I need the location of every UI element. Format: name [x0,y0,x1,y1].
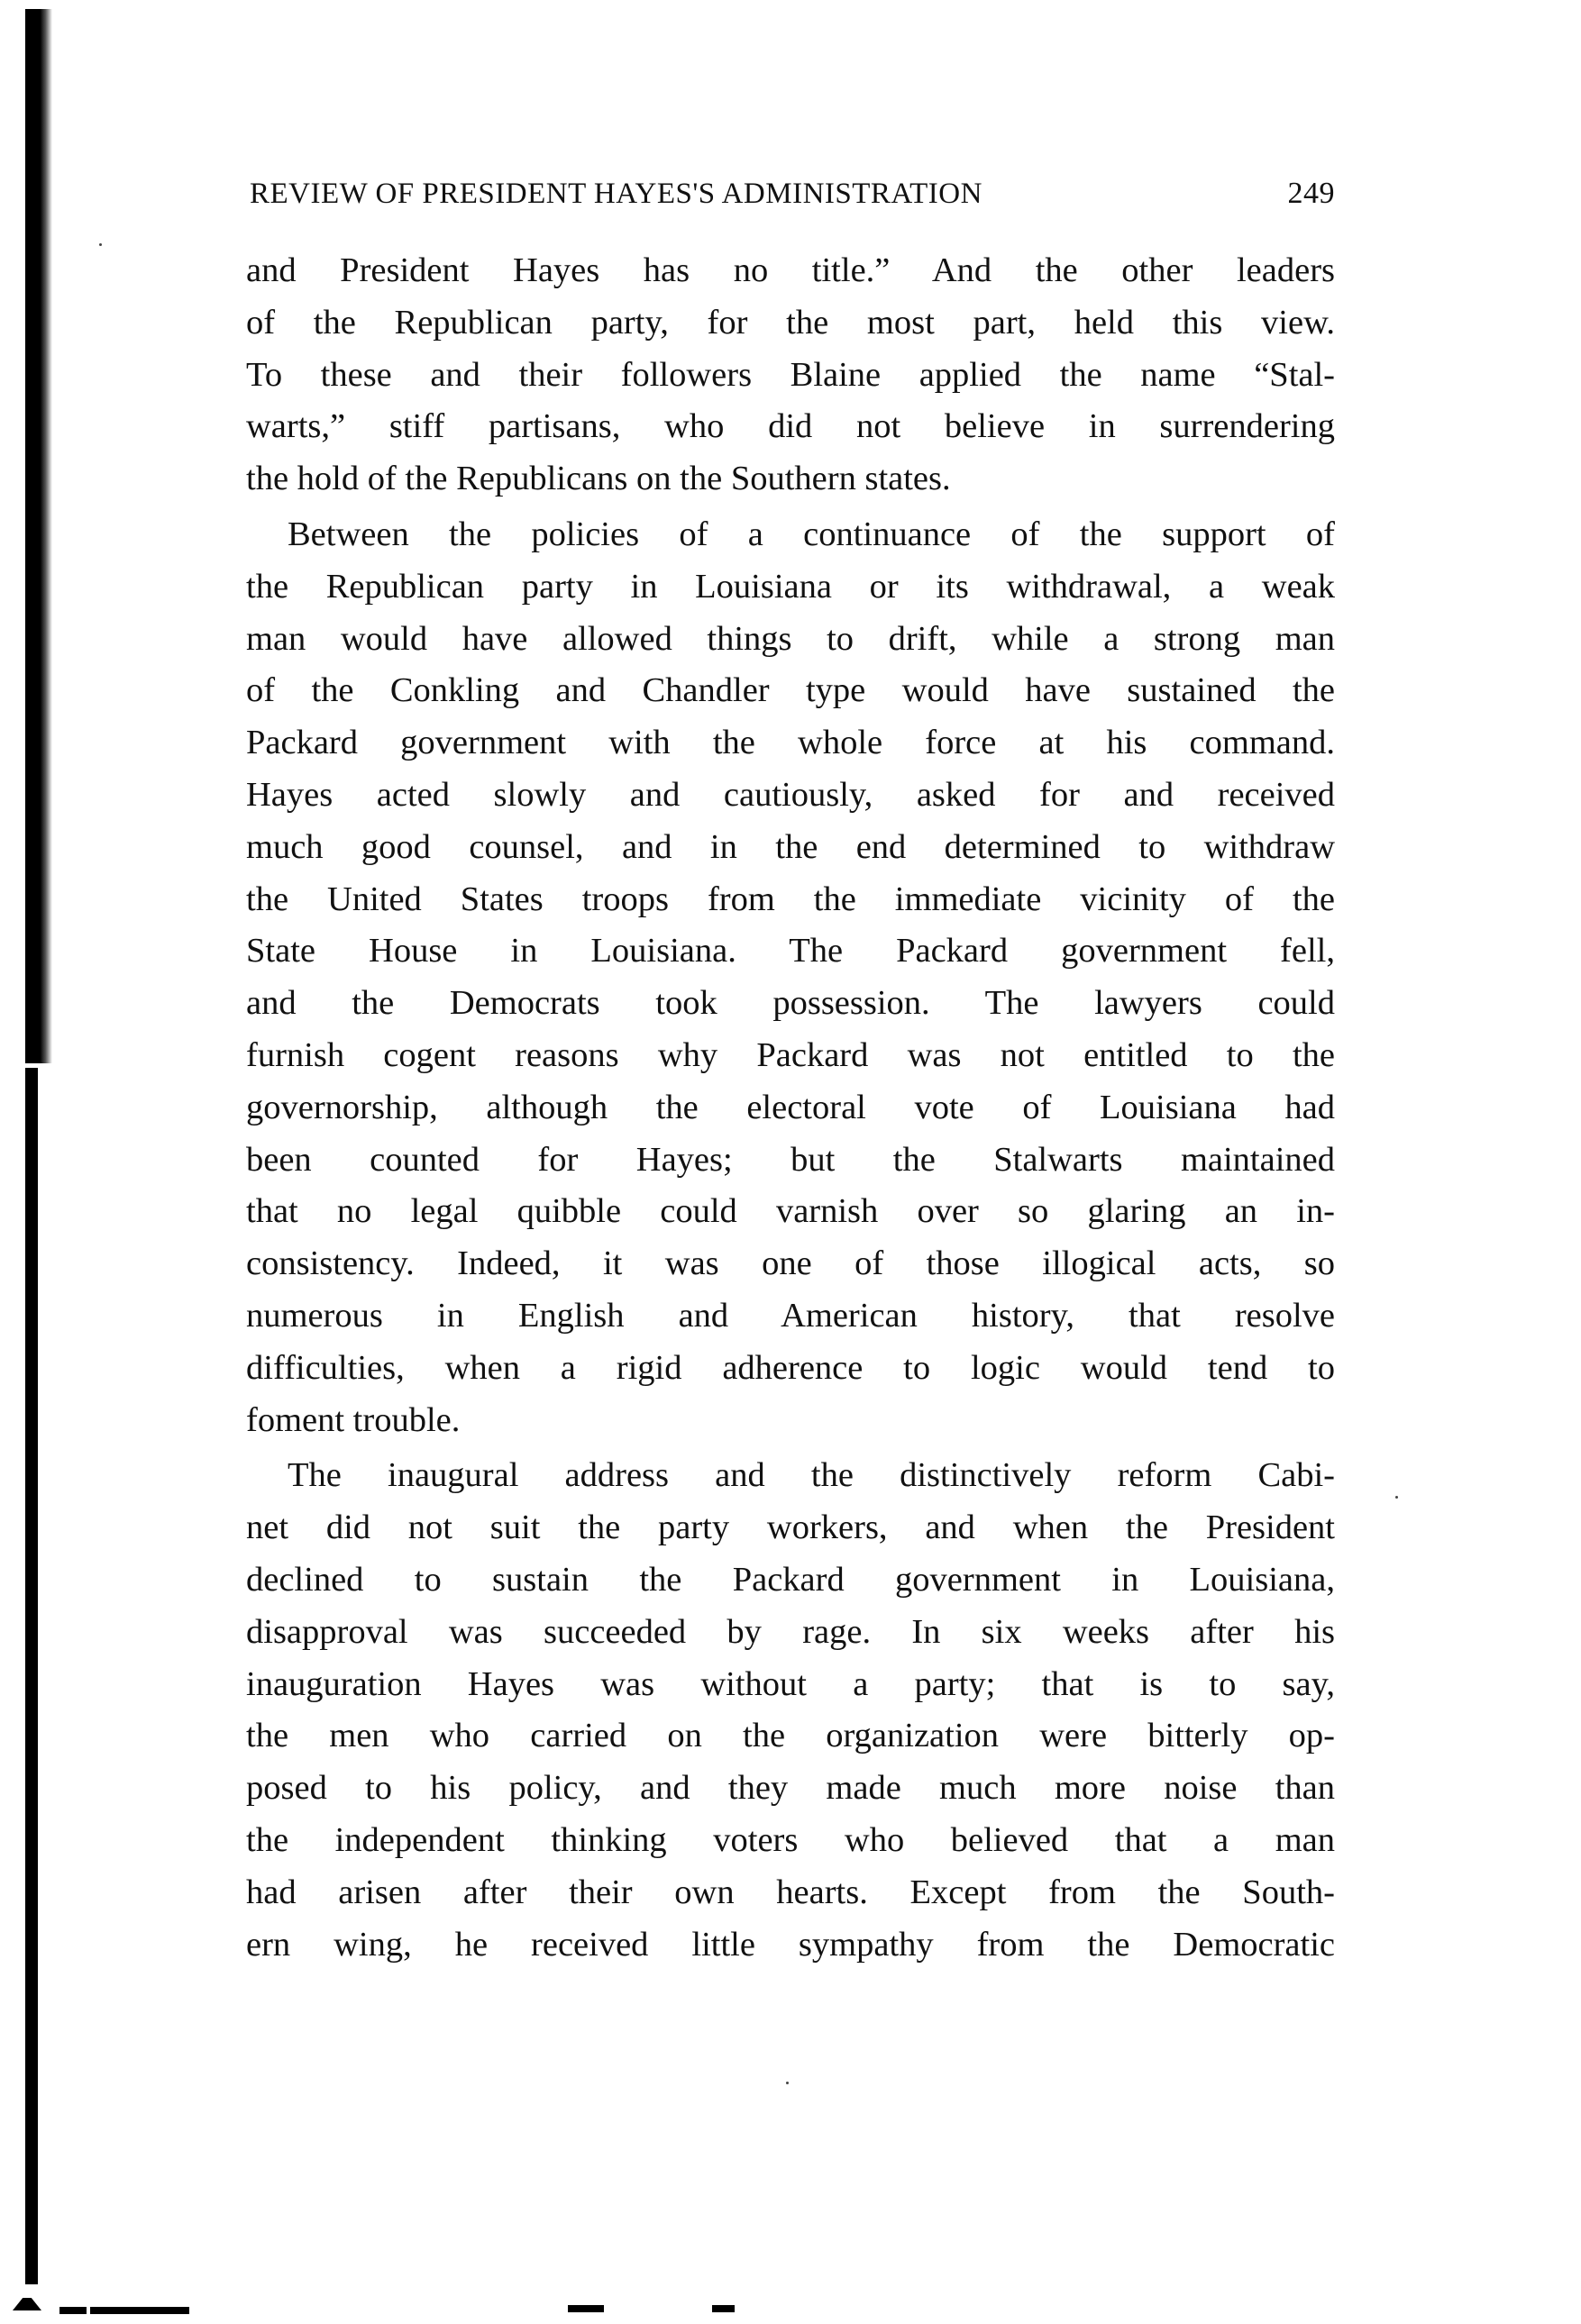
text-line: and the Democrats took possession. The l… [246,978,1335,1030]
scan-bottom-mark [59,2307,87,2314]
scan-speck [1395,1496,1398,1499]
text-line: net did not suit the party workers, and … [246,1502,1335,1554]
text-line: To these and their followers Blaine appl… [246,350,1335,402]
text-line: the hold of the Republicans on the South… [246,453,1335,506]
text-line: State House in Louisiana. The Packard go… [246,925,1335,978]
text-line: warts,” stiff partisans, who did not bel… [246,401,1335,453]
body-text: and President Hayes has no title.” And t… [246,245,1335,1971]
running-head: Review of President Hayes's Administrati… [246,177,1335,211]
book-page: Review of President Hayes's Administrati… [246,177,1335,1971]
text-line: furnish cogent reasons why Packard was n… [246,1030,1335,1082]
book-binding-shadow [25,9,52,1063]
text-line: much good counsel, and in the end determ… [246,822,1335,874]
book-binding-edge [25,1068,38,2284]
text-line: that no legal quibble could varnish over… [246,1186,1335,1238]
page-number: 249 [1288,177,1336,211]
text-line: the men who carried on the organization … [246,1710,1335,1763]
text-line: foment trouble. [246,1395,1335,1447]
text-line: Packard government with the whole force … [246,717,1335,770]
text-line: The inaugural address and the distinctiv… [246,1450,1335,1502]
text-line: the United States troops from the immedi… [246,874,1335,926]
paragraph-2: Between the policies of a continuance of… [246,509,1335,1446]
scan-speck [786,2082,789,2084]
paragraph-3: The inaugural address and the distinctiv… [246,1450,1335,1971]
text-line: been counted for Hayes; but the Stalwart… [246,1135,1335,1187]
text-line: posed to his policy, and they made much … [246,1763,1335,1815]
text-line: of the Conkling and Chandler type would … [246,665,1335,717]
text-line: inauguration Hayes was without a party; … [246,1659,1335,1711]
text-line: disapproval was succeeded by rage. In si… [246,1607,1335,1659]
text-line: declined to sustain the Packard governme… [246,1554,1335,1607]
paragraph-1: and President Hayes has no title.” And t… [246,245,1335,506]
text-line: governorship, although the electoral vot… [246,1082,1335,1135]
scan-speck [99,243,102,246]
text-line: Hayes acted slowly and cautiously, asked… [246,770,1335,822]
text-line: the independent thinking voters who beli… [246,1815,1335,1867]
text-line: of the Republican party, for the most pa… [246,297,1335,350]
text-line: ern wing, he received little sympathy fr… [246,1919,1335,1972]
running-head-title: Review of President Hayes's Administrati… [250,178,982,211]
text-line: and President Hayes has no title.” And t… [246,245,1335,297]
text-line: man would have allowed things to drift, … [246,614,1335,666]
scan-bottom-mark [90,2307,189,2314]
text-line: had arisen after their own hearts. Excep… [246,1867,1335,1919]
scan-bottom-mark [712,2305,735,2312]
binding-foot-mark [13,2298,41,2310]
text-line: the Republican party in Louisiana or its… [246,561,1335,614]
text-line: Between the policies of a continuance of… [246,509,1335,561]
text-line: numerous in English and American history… [246,1290,1335,1343]
text-line: consistency. Indeed, it was one of those… [246,1238,1335,1290]
text-line: difficulties, when a rigid adherence to … [246,1343,1335,1395]
scan-bottom-mark [568,2305,604,2312]
